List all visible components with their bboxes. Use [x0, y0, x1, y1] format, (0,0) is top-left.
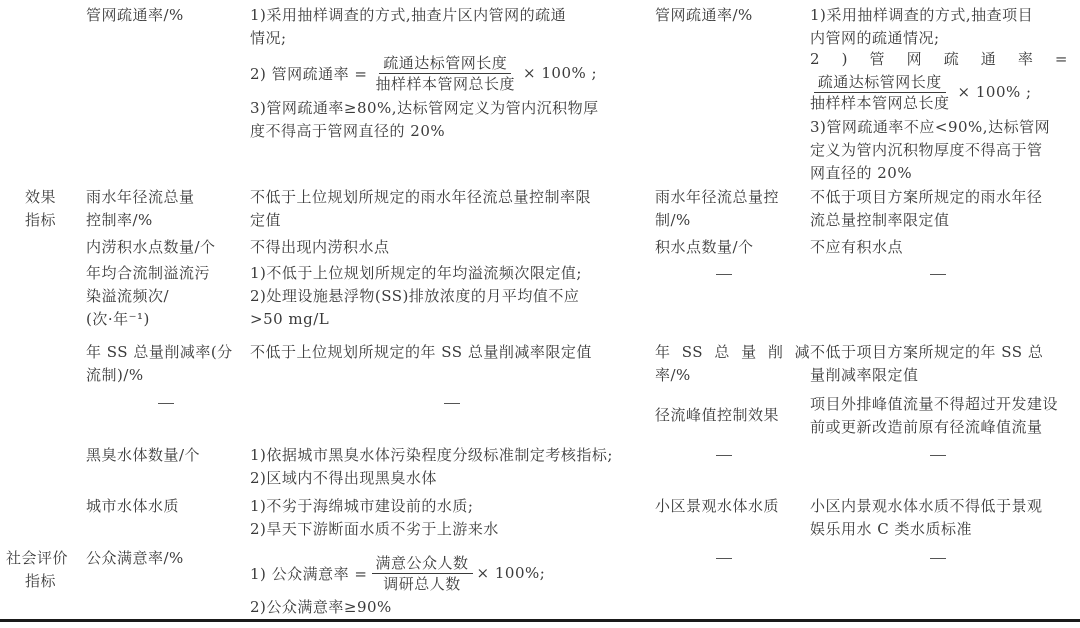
formula-suffix: × 100% ;	[958, 83, 1032, 101]
indicator-blackodor-a: 黑臭水体数量/个	[86, 444, 200, 467]
formula-part: =	[1055, 48, 1068, 71]
requirement-runoff-b-2: 流总量控制率限定值	[810, 209, 950, 232]
fraction-denominator: 调研总人数	[379, 574, 465, 594]
empty-dash-satisfaction-b-requirement	[930, 558, 946, 559]
formula-prefix: 2) 管网疏通率 =	[250, 63, 368, 84]
formula-part: 管	[870, 48, 886, 71]
group-label-social-1: 社会评价	[6, 547, 68, 570]
requirement-peak-b-1: 项目外排峰值流量不得超过开发建设	[810, 393, 1058, 416]
requirement-blackodor-a-1: 1)依据城市黑臭水体污染程度分级标准制定考核指标;	[250, 444, 613, 467]
indicator-pipe-dredging-a: 管网疏通率/%	[86, 4, 184, 27]
requirement-waterquality-a-2: 2)旱天下游断面水质不劣于上游来水	[250, 518, 499, 541]
fraction: 疏通达标管网长度 抽样样本管网总长度	[372, 53, 520, 94]
empty-dash-blackodor-b-requirement	[930, 455, 946, 456]
fraction: 疏通达标管网长度 抽样样本管网总长度	[806, 72, 954, 113]
indicator-ss-a-1: 年 SS 总量削减率(分	[86, 341, 233, 364]
formula-part: 率	[1018, 48, 1034, 71]
requirement-runoff-a-2: 定值	[250, 209, 281, 232]
indicator-satisfaction-a: 公众满意率/%	[86, 547, 184, 570]
empty-dash-overflow-b-requirement	[930, 274, 946, 275]
requirement-pipe-b-2: 2 ) 管 网 疏 通 率 =	[810, 48, 1068, 71]
fraction-numerator: 满意公众人数	[372, 553, 473, 574]
group-label-effect-2: 指标	[25, 209, 56, 232]
indicator-runoff-a-2: 控制率/%	[86, 209, 153, 232]
formula-part: 2	[810, 48, 820, 71]
empty-dash-peak-a-requirement	[444, 403, 460, 404]
requirement-pipe-a-1: 1)采用抽样调查的方式,抽查片区内管网的疏通	[250, 4, 566, 27]
formula-pipe-b: 疏通达标管网长度 抽样样本管网总长度 × 100% ;	[806, 70, 1032, 114]
formula-part: 网	[907, 48, 923, 71]
requirement-waterlogging-b: 不应有积水点	[810, 236, 903, 259]
formula-satisfaction-a: 1) 公众满意率 = 满意公众人数 调研总人数 × 100%;	[250, 551, 545, 595]
requirement-blackodor-a-2: 2)区域内不得出现黑臭水体	[250, 467, 437, 490]
fraction-numerator: 疏通达标管网长度	[379, 53, 511, 74]
requirement-waterquality-a-1: 1)不劣于海绵城市建设前的水质;	[250, 495, 473, 518]
fraction-denominator: 抽样样本管网总长度	[806, 93, 954, 113]
requirement-pipe-a-3: 3)管网疏通率≥80%,达标管网定义为管内沉积物厚	[250, 97, 599, 120]
requirement-ss-b-1: 不低于项目方案所规定的年 SS 总	[810, 341, 1043, 364]
requirement-pipe-b-3: 3)管网疏通率不应<90%,达标管网	[810, 116, 1050, 139]
requirement-overflow-a-1: 1)不低于上位规划所规定的年均溢流频次限定值;	[250, 262, 582, 285]
formula-prefix: 1) 公众满意率 =	[250, 563, 368, 584]
requirement-pipe-b-3b: 定义为管内沉积物厚度不得高于管	[810, 139, 1043, 162]
indicator-overflow-a-2: 染溢流频次/	[86, 285, 169, 308]
formula-part: 疏	[944, 48, 960, 71]
requirement-waterquality-b-2: 娱乐用水 C 类水质标准	[810, 518, 972, 541]
requirement-overflow-a-3: >50 mg/L	[250, 308, 329, 331]
indicator-ss-b-1: 年 SS 总 量 削 减	[655, 341, 810, 364]
fraction: 满意公众人数 调研总人数	[372, 553, 473, 594]
indicator-waterlogging-a: 内涝积水点数量/个	[86, 236, 216, 259]
indicator-waterquality-b: 小区景观水体水质	[655, 495, 779, 518]
formula-suffix: × 100% ;	[523, 64, 597, 82]
fraction-numerator: 疏通达标管网长度	[814, 72, 946, 93]
requirement-runoff-a-1: 不低于上位规划所规定的雨水年径流总量控制率限	[250, 186, 591, 209]
table-bottom-rule	[0, 619, 1080, 622]
formula-part: 通	[981, 48, 997, 71]
formula-part: )	[842, 48, 848, 71]
empty-dash-overflow-b-indicator	[716, 274, 732, 275]
indicator-runoff-a-1: 雨水年径流总量	[86, 186, 195, 209]
empty-dash-satisfaction-b-indicator	[716, 558, 732, 559]
requirement-pipe-b-1: 1)采用抽样调查的方式,抽查项目	[810, 4, 1033, 27]
group-label-effect-1: 效果	[25, 186, 56, 209]
requirement-pipe-b-1b: 内管网的疏通情况;	[810, 27, 940, 50]
group-label-social-2: 指标	[25, 570, 56, 593]
formula-pipe-a: 2) 管网疏通率 = 疏通达标管网长度 抽样样本管网总长度 × 100% ;	[250, 50, 597, 96]
requirement-runoff-b-1: 不低于项目方案所规定的雨水年径	[810, 186, 1043, 209]
indicator-runoff-b-2: 制/%	[655, 209, 691, 232]
empty-dash-peak-a-indicator	[158, 403, 174, 404]
indicator-ss-b-2: 率/%	[655, 364, 691, 387]
indicator-overflow-a-3: (次·年⁻¹)	[86, 308, 150, 331]
requirement-pipe-a-1b: 情况;	[250, 27, 287, 50]
requirement-satisfaction-a-2: 2)公众满意率≥90%	[250, 596, 392, 619]
empty-dash-blackodor-b-indicator	[716, 455, 732, 456]
requirement-waterquality-b-1: 小区内景观水体水质不得低于景观	[810, 495, 1043, 518]
requirement-ss-b-2: 量削减率限定值	[810, 364, 919, 387]
requirement-overflow-a-2: 2)处理设施悬浮物(SS)排放浓度的月平均值不应	[250, 285, 579, 308]
formula-suffix: × 100%;	[477, 564, 546, 582]
indicator-peak-b: 径流峰值控制效果	[655, 404, 779, 427]
requirement-pipe-b-3c: 网直径的 20%	[810, 162, 912, 185]
indicator-waterlogging-b: 积水点数量/个	[655, 236, 754, 259]
requirement-peak-b-2: 前或更新改造前原有径流峰值流量	[810, 416, 1043, 439]
indicator-runoff-b-1: 雨水年径流总量控	[655, 186, 779, 209]
indicator-ss-a-2: 流制)/%	[86, 364, 144, 387]
indicator-waterquality-a: 城市水体水质	[86, 495, 179, 518]
requirement-waterlogging-a: 不得出现内涝积水点	[250, 236, 390, 259]
indicator-pipe-dredging-b: 管网疏通率/%	[655, 4, 753, 27]
fraction-denominator: 抽样样本管网总长度	[372, 74, 520, 94]
indicator-overflow-a-1: 年均合流制溢流污	[86, 262, 210, 285]
requirement-pipe-a-3b: 度不得高于管网直径的 20%	[250, 120, 445, 143]
requirement-ss-a: 不低于上位规划所规定的年 SS 总量削减率限定值	[250, 341, 592, 364]
